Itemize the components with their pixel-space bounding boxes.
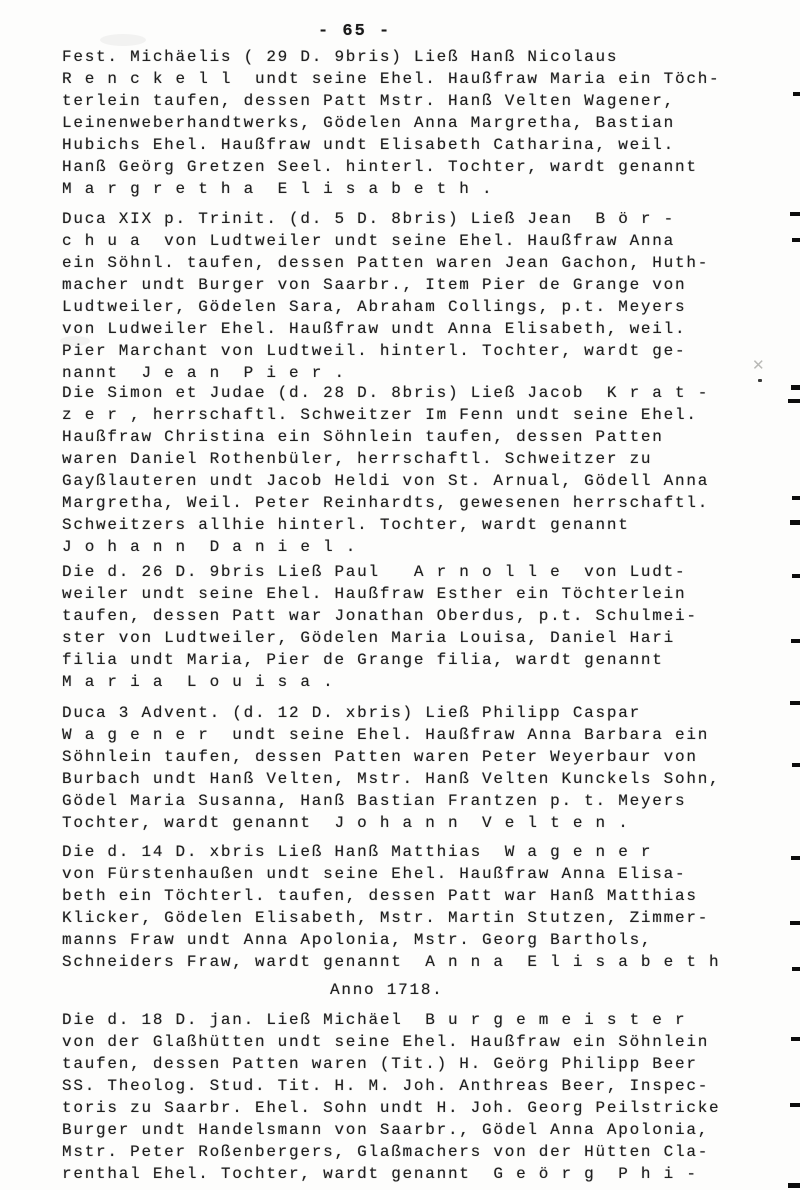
scan-edge-mark bbox=[790, 701, 800, 705]
scan-edge-mark bbox=[792, 763, 800, 767]
scan-edge-mark bbox=[788, 399, 800, 403]
page-number: - 65 - bbox=[318, 22, 391, 41]
scan-edge-mark bbox=[790, 520, 800, 525]
baptism-entry-renckell: Fest. Michäelis ( 29 D. 9bris) Ließ Hanß… bbox=[62, 46, 720, 200]
baptism-entry-borchua: Duca XIX p. Trinit. (d. 5 D. 8bris) Ließ… bbox=[62, 208, 709, 384]
scan-edge-mark bbox=[793, 92, 800, 96]
scan-edge-mark bbox=[790, 212, 800, 216]
baptism-entry-burgemeister: Die d. 18 D. jan. Ließ Michäel B u r g e… bbox=[62, 1009, 720, 1185]
baptism-entry-wagener-philipp: Duca 3 Advent. (d. 12 D. xbris) Ließ Phi… bbox=[62, 702, 720, 834]
baptism-entry-kratzer: Die Simon et Judae (d. 28 D. 8bris) Ließ… bbox=[62, 382, 709, 558]
scan-edge-mark bbox=[788, 1183, 800, 1188]
paper-smudge bbox=[100, 34, 146, 46]
baptism-entry-arnolle: Die d. 26 D. 9bris Ließ Paul A r n o l l… bbox=[62, 561, 698, 693]
scan-edge-mark bbox=[792, 496, 800, 500]
pencil-dot-mark bbox=[758, 379, 762, 382]
scan-edge-mark bbox=[792, 967, 800, 971]
scan-edge-mark bbox=[791, 639, 800, 643]
scan-edge-mark bbox=[790, 1103, 800, 1107]
scan-edge-mark bbox=[792, 574, 800, 578]
scan-edge-mark bbox=[791, 1037, 800, 1041]
pencil-x-mark: ✕ bbox=[752, 356, 765, 374]
anno-1718-heading: Anno 1718. bbox=[330, 981, 444, 999]
scan-edge-mark bbox=[790, 921, 800, 925]
scan-edge-mark bbox=[792, 238, 800, 242]
scanned-page: - 65 - Fest. Michäelis ( 29 D. 9bris) Li… bbox=[0, 0, 800, 1190]
scan-edge-mark bbox=[791, 385, 800, 390]
scan-edge-mark bbox=[791, 856, 800, 860]
paper-smudge bbox=[60, 336, 90, 346]
baptism-entry-wagener-matthias: Die d. 14 D. xbris Ließ Hanß Matthias W … bbox=[62, 841, 720, 973]
